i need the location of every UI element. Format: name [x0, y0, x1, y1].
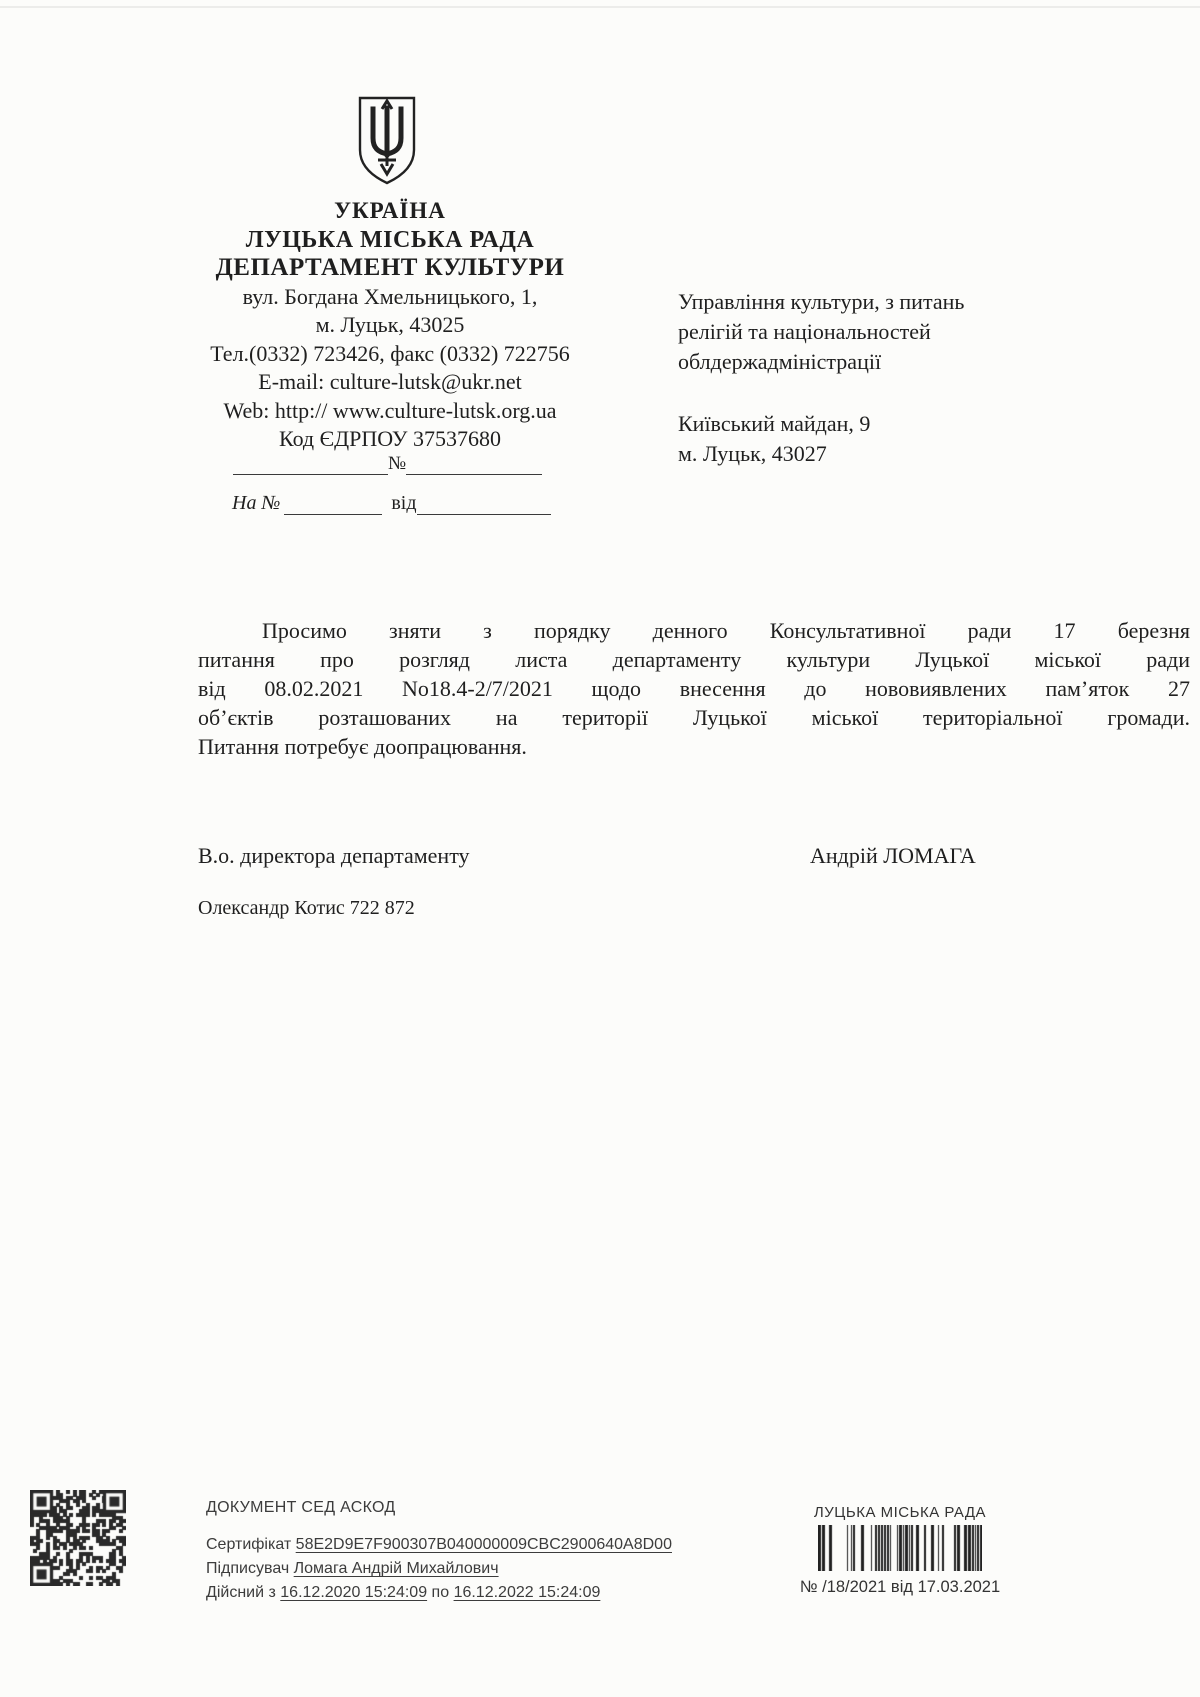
certificate-label: Сертифікат — [206, 1536, 291, 1553]
certificate-value: 58E2D9E7F900307B040000009CBC2900640A8D00 — [296, 1536, 672, 1553]
recipient-line: релігій та національностей — [678, 317, 1068, 347]
valid-from-date: 16.12.2020 15:24:09 — [280, 1584, 427, 1601]
letterhead-address-city: м. Луцьк, 43025 — [140, 311, 640, 340]
validity-label: Дійсний з — [206, 1584, 276, 1601]
recipient-line: Управління культури, з питань — [678, 287, 1068, 317]
recipient-line: облдержадміністрації — [678, 347, 1068, 377]
stamp-org-name: ЛУЦЬКА МІСЬКА РАДА — [760, 1504, 1040, 1521]
body-line: Просимо зняти з порядку денного Консульт… — [198, 616, 1190, 645]
recipient-block: Управління культури, з питань релігій та… — [678, 287, 1068, 469]
number-symbol: № — [388, 453, 406, 475]
signer-line: Підписувач Ломага Андрій Михайлович — [206, 1557, 766, 1581]
letterhead-edrpou: Код ЄДРПОУ 37537680 — [140, 425, 640, 454]
letterhead-dept: ДЕПАРТАМЕНТ КУЛЬТУРИ — [140, 254, 640, 283]
blank-line — [284, 492, 382, 515]
certificate-line: Сертифікат 58E2D9E7F900307B040000009CBC2… — [206, 1533, 766, 1557]
reference-number-row: На № від — [232, 492, 551, 515]
ukraine-trident-emblem — [355, 94, 419, 190]
blank-line — [406, 452, 542, 475]
signer-value: Ломага Андрій Михайлович — [294, 1560, 499, 1577]
signer-label: Підписувач — [206, 1560, 289, 1577]
letterhead-email: E-mail: culture-lutsk@ukr.net — [140, 368, 640, 397]
letterhead-phone: Тел.(0332) 723426, факс (0332) 722756 — [140, 340, 640, 369]
registration-stamp: ЛУЦЬКА МІСЬКА РАДА № /18/2021 від 17.03.… — [760, 1504, 1040, 1597]
valid-to-date: 16.12.2022 15:24:09 — [454, 1584, 601, 1601]
letterhead-org: ЛУЦЬКА МІСЬКА РАДА — [140, 226, 640, 255]
letterhead-country: УКРАЇНА — [140, 197, 640, 226]
letterhead-address-street: вул. Богдана Хмельницького, 1, — [140, 283, 640, 312]
outgoing-number-row: № — [233, 452, 543, 475]
recipient-city: м. Луцьк, 43027 — [678, 439, 1068, 469]
stamp-registration-number: № /18/2021 від 17.03.2021 — [760, 1578, 1040, 1597]
blank-line — [233, 452, 388, 475]
body-line: питання про розгляд листа департаменту к… — [198, 645, 1190, 674]
validity-to-label: по — [432, 1584, 450, 1601]
barcode — [818, 1525, 982, 1571]
recipient-address: Київський майдан, 9 — [678, 409, 1068, 439]
blank-line — [417, 492, 551, 515]
letterhead: УКРАЇНА ЛУЦЬКА МІСЬКА РАДА ДЕПАРТАМЕНТ К… — [140, 197, 640, 454]
digital-signature-stamp: ДОКУМЕНТ СЕД АСКОД Сертифікат 58E2D9E7F9… — [206, 1496, 766, 1605]
ref-label: На № — [232, 492, 280, 515]
ref-from-label: від — [391, 492, 416, 515]
validity-line: Дійсний з 16.12.2020 15:24:09 по 16.12.2… — [206, 1581, 766, 1605]
letter-body: Просимо зняти з порядку денного Консульт… — [198, 616, 1190, 761]
signer-position: В.о. директора департаменту — [198, 843, 470, 869]
executor-info: Олександр Котис 722 872 — [198, 897, 415, 920]
sed-askod-label: ДОКУМЕНТ СЕД АСКОД — [206, 1496, 766, 1520]
scanned-letter-page: УКРАЇНА ЛУЦЬКА МІСЬКА РАДА ДЕПАРТАМЕНТ К… — [0, 0, 1200, 1697]
body-line: Питання потребує доопрацювання. — [198, 732, 1190, 761]
signer-name: Андрій ЛОМАГА — [810, 843, 976, 869]
body-line: об’єктів розташованих на території Луцьк… — [198, 703, 1190, 732]
body-line: від 08.02.2021 No18.4-2/7/2021 щодо внес… — [198, 674, 1190, 703]
letterhead-web: Web: http:// www.culture-lutsk.org.ua — [140, 397, 640, 426]
qr-code — [30, 1490, 126, 1586]
